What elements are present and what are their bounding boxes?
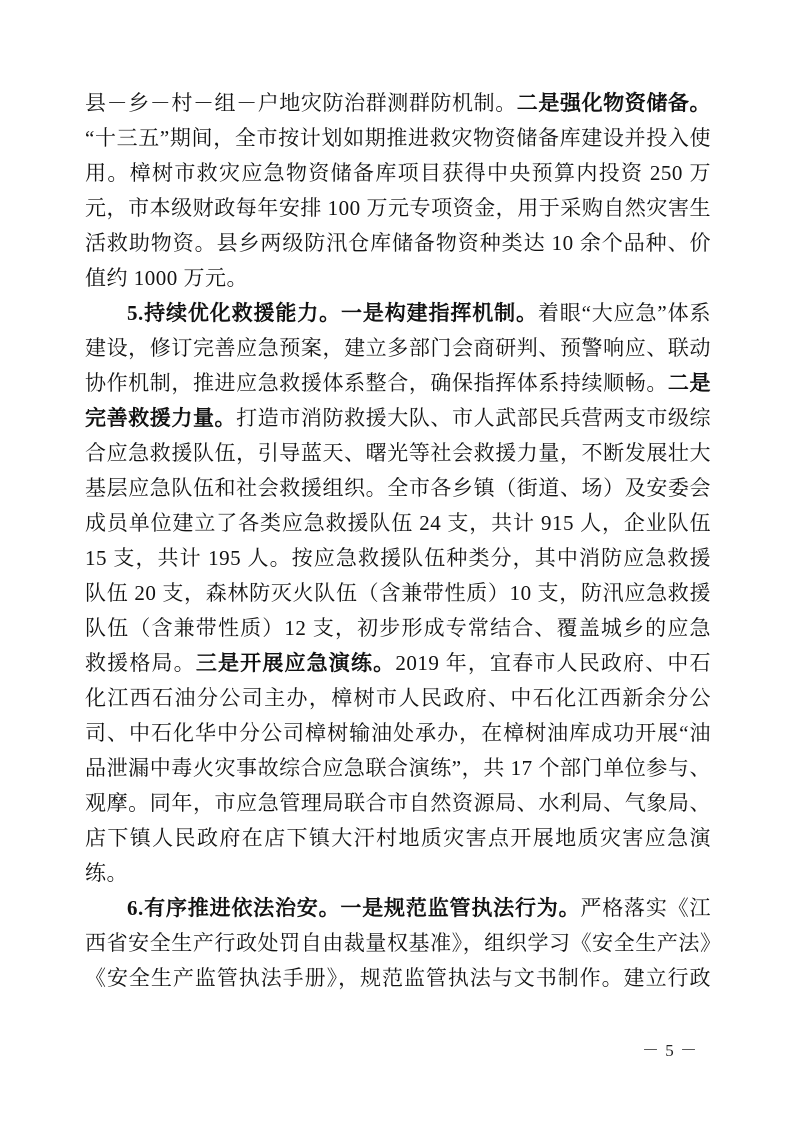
text-run: 打造市消防救援大队、市人武部民兵营两支市级综合应急救援队伍，引导蓝天、曙光等社会… bbox=[85, 406, 711, 675]
text-run: 县－乡－村－组－户地灾防治群测群防机制。 bbox=[85, 91, 517, 115]
page-number: － 5 － bbox=[642, 1041, 698, 1060]
text-run-bold: 6.有序推进依法治安。一是规范监管执法行为。 bbox=[127, 896, 580, 920]
paragraph-material-reserve: 县－乡－村－组－户地灾防治群测群防机制。二是强化物资储备。“十三五”期间，全市按… bbox=[85, 86, 711, 296]
document-page: 县－乡－村－组－户地灾防治群测群防机制。二是强化物资储备。“十三五”期间，全市按… bbox=[0, 0, 793, 1122]
paragraph-law-enforcement: 6.有序推进依法治安。一是规范监管执法行为。严格落实《江西省安全生产行政处罚自由… bbox=[85, 891, 711, 996]
text-run-bold: 三是开展应急演练。 bbox=[196, 651, 395, 675]
page-footer: － 5 － bbox=[642, 1040, 698, 1062]
paragraph-rescue-capability: 5.持续优化救援能力。一是构建指挥机制。着眼“大应急”体系建设，修订完善应急预案… bbox=[85, 296, 711, 891]
document-body: 县－乡－村－组－户地灾防治群测群防机制。二是强化物资储备。“十三五”期间，全市按… bbox=[85, 86, 711, 996]
text-run-bold: 5.持续优化救援能力。一是构建指挥机制。 bbox=[127, 301, 538, 325]
text-run-bold: 二是强化物资储备。 bbox=[517, 91, 711, 115]
text-run: “十三五”期间，全市按计划如期推进救灾物资储备库建设并投入使用。樟树市救灾应急物… bbox=[85, 126, 711, 290]
text-run: 2019 年，宜春市人民政府、中石化江西石油分公司主办，樟树市人民政府、中石化江… bbox=[85, 651, 711, 885]
